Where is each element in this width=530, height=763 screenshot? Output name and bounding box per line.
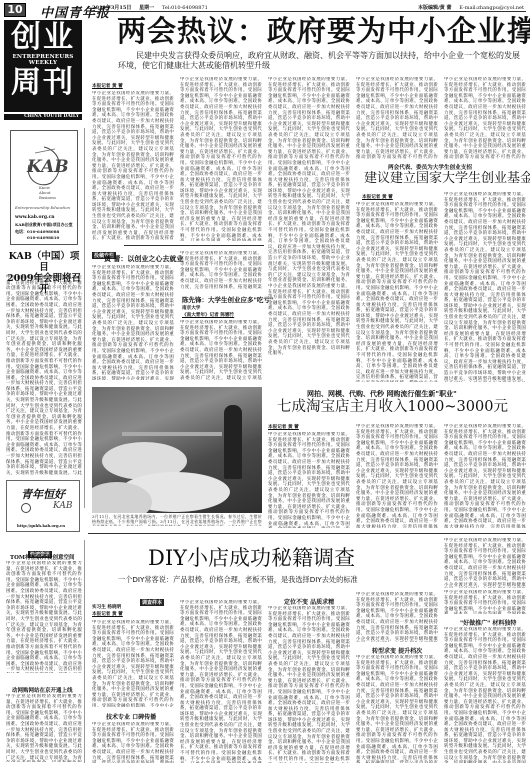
lead-body-col-5: 中小企业是我国经济发展的重要力量，在促进经济增长、扩大就业、推动创新等方面发挥着… [444,77,526,159]
news-brief-body-2: 中小企业是我国经济发展的重要力量，在促进经济增长、扩大就业、推动创新等方面发挥着… [6,694,82,762]
mid-body: 中小企业是我国经济发展的重要力量，在促进经济增长、扩大就业、推动创新等方面发挥着… [180,320,262,380]
taobao-body-col-3: 中小企业是我国经济发展的重要力量，在促进经济增长、扩大就业、推动创新等方面发挥着… [444,424,526,528]
section-title-cn-2: 周刊 [4,66,82,100]
section-title-cn-1: 创业 [4,22,82,54]
fund-body-col-2: 中小企业是我国经济发展的重要力量，在促进经济增长、扩大就业、推动创新等方面发挥着… [444,192,526,382]
page-number-box: 10 [4,3,26,17]
column-box-body: 中小企业是我国经济发展的重要力量，在促进经济增长、扩大就业、推动创新等方面发挥着… [92,265,174,380]
diy-top-rule [88,533,526,534]
diy-body-col-5b: 中小企业是我国经济发展的重要力量，在促进经济增长、扩大就业、推动创新等方面发挥着… [444,627,526,763]
taobao-headline: 七成淘宝店主月收入1000~3000元 [277,398,508,416]
fund-body-col-1: 中小企业是我国经济发展的重要力量，在促进经济增长、扩大就业、推动创新等方面发挥着… [356,202,438,382]
kab-logo: KAB [21,145,67,187]
diy-byline-1: 实习生 杨晓明 [92,604,121,610]
kab-tel-2: 010-64098810 [27,235,59,240]
diy-body-col-1a: 中小企业是我国经济发展的重要力量，在促进经济增长、扩大就业、推动创新等方面发挥着… [92,620,174,707]
diy-body-col-3: 中小企业是我国经济发展的重要力量，在促进经济增长、扩大就业、推动创新等方面发挥着… [268,606,350,763]
kab-address: KAB创业教育(中国)项目办公室 [15,222,73,228]
diy-body-col-5a: 中小企业是我国经济发展的重要力量，在促进经济增长、扩大就业、推动创新等方面发挥着… [444,590,526,614]
kab-website[interactable]: www.kab.org.cn [15,215,55,220]
photo-person [224,405,242,479]
diy-subhead-e: "好做推广" 材料独特 [460,618,516,627]
diy-headline: DIY小店成功秘籍调查 [148,545,355,571]
left-col-divider [84,128,85,508]
news-brief-headline-1: TOM将在京开设创意空间 [10,553,74,561]
pig-farm-photo [92,387,262,513]
qingnian-ad: 青年恒好 KAB http://qnhh.kab.org.cn [6,480,80,532]
diy-body-col-1b: 中小企业是我国经济发展的重要力量，在促进经济增长、扩大就业、推动创新等方面发挥着… [92,722,174,763]
news-brief-headline-2: 动网购网站在京开通上线 [12,686,73,694]
lead-body-col-3: 中小企业是我国经济发展的重要力量，在促进经济增长、扩大就业、推动创新等方面发挥着… [268,77,350,382]
mid-body-top: 中小企业是我国经济发展的重要力量，在促进经济增长、扩大就业、推动创新等方面发挥着… [180,251,262,289]
qingnian-website[interactable]: http://qnhh.kab.org.cn [17,523,65,528]
diy-subhead-c: 转型求变 提升档次 [372,646,422,655]
section-masthead: 创业 ENTREPRENEURS WEEKLY 周刊 [4,20,82,112]
photo-caption: 3月11日，在河北省某地养殖场内，一位养殖户正在察看生猪生长情况。春节过后，生猪… [92,514,262,526]
kab-body: 中小企业是我国经济发展的重要力量，在促进经济增长、扩大就业、推动创新等方面发挥着… [6,275,82,475]
diy-body-col-2: 中小企业是我国经济发展的重要力量，在促进经济增长、扩大就业、推动创新等方面发挥着… [180,600,262,763]
diy-label: 调查样本 [140,599,164,606]
diy-subhead-b: 定位不变 品质求精 [284,597,334,606]
kab-mini-logo-icon: KAB [53,501,72,511]
taobao-byline: 本报记者 黄 蕾 [268,424,299,430]
mid-source: 南京大学 [182,305,200,311]
top-rule [90,11,526,12]
fund-headline: 建议建立国家大学生创业基金 [364,171,530,187]
kab-tagline: Know About Business [39,185,56,200]
diy-label-wrap: 调查样本 [140,589,164,608]
taobao-body-col-1: 中小企业是我国经济发展的重要力量，在促进经济增长、扩大就业、推动创新等方面发挥着… [268,432,350,528]
fund-byline: 本报记者 黄 蕾 [362,194,393,200]
english-paper-strip: CHINA YOUTH DAILY [4,114,82,120]
diy-body-col-4b: 中小企业是我国经济发展的重要力量，在促进经济增长、扩大就业、推动创新等方面发挥着… [356,655,438,763]
bottom-left-divider [84,540,85,763]
taobao-body-col-2: 中小企业是我国经济发展的重要力量，在促进经济增长、扩大就业、推动创新等方面发挥着… [356,424,438,528]
kab-caption: Entrepreneurship Education [15,205,70,210]
lead-body-col-2: 中小企业是我国经济发展的重要力量，在促进经济增长、扩大就业、推动创新等方面发挥着… [180,77,262,241]
diy-subhead: 一个DIY常客说：产品很棒，价格合理，老板不错，是我选择DIY去处的标准 [118,575,358,585]
lead-byline: 本报记者 黄 蕾 [92,83,123,89]
mid-byline: 《南大青年》记者 陈娜竹 [182,312,234,318]
column-box-headline: 黄 蕾：以创业之心去就业 [104,254,183,264]
diy-byline-2: 本报记者 黄 蕾 [92,611,123,617]
diy-body-col-4a: 中小企业是我国经济发展的重要力量，在促进经济增长、扩大就业、推动创新等方面发挥着… [356,592,438,642]
diy-subhead-a: 技术专业 口碑传播 [106,712,156,721]
qingnian-emblem-icon [21,503,31,513]
kab-ad: KAB Know About Business Entrepreneurship… [10,130,78,245]
column-box-label-row: 投稿专栏 [92,242,264,249]
lead-body-col-1: 中小企业是我国经济发展的重要力量，在促进经济增长、扩大就业、推动创新等方面发挥着… [92,91,174,241]
fund-kicker: 两会代表、委员为大学生创业支招 [388,163,472,171]
date-line: 2010年3月15日 星期一 Tel:010-64098871 [92,4,208,11]
diy-right-sidebar: 中小企业是我国经济发展的重要力量，在促进经济增长、扩大就业、推动创新等方面发挥着… [444,538,526,588]
mid-headline: 陈先锋：大学生创业应多"吃亏" [182,295,273,304]
news-brief-body-1: 中小企业是我国经济发展的重要力量，在促进经济增长、扩大就业、推动创新等方面发挥着… [6,561,82,673]
lead-headline: 两会热议：政府要为中小企业撑腰 [117,13,530,49]
photo-pen-wall [122,432,222,436]
qingnian-logo: 青年恒好 [21,486,65,502]
lead-subhead: 民建中央发言获得众委员响应，政府宜从财政、融资、机会平等等方面加以扶持，给中小企… [118,51,520,70]
lead-body-col-4: 中小企业是我国经济发展的重要力量，在促进经济增长、扩大就业、推动创新等方面发挥着… [356,77,438,159]
editor-line: 本版编辑/黄 蕾 E-mail:zhangpu@cyol.net [418,4,524,11]
kab-logo-text: KAB [27,157,69,177]
